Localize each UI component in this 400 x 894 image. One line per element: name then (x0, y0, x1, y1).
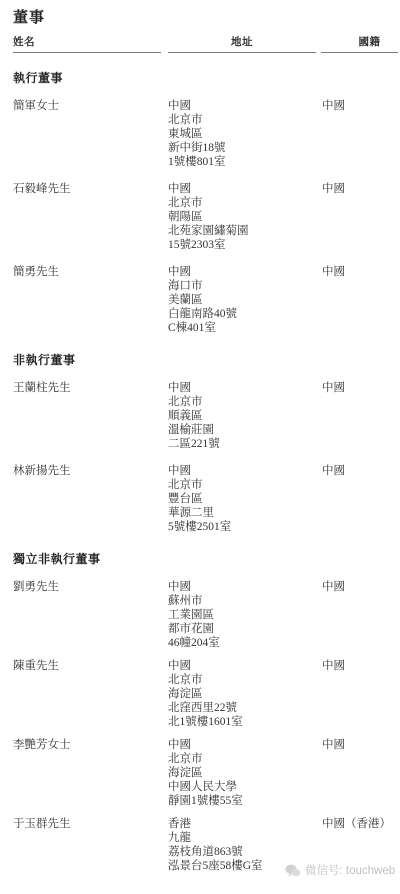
wechat-icon (285, 864, 301, 878)
nationality: 中國 (322, 464, 398, 534)
address-lines: 中國海口市美蘭區白龍南路40號C棟401室 (168, 265, 322, 335)
director-name: 石毅峰先生 (13, 182, 168, 252)
address-line: 順義區 (168, 409, 322, 423)
section-rows: 劉勇先生 中國蘇州市工業園區都市花園46幢204室 中國 陳重先生 中國北京市海… (13, 580, 398, 873)
address-line: 中國 (168, 381, 322, 395)
address-line: 北窪西里22號 (168, 701, 322, 715)
table-header: 姓名 地址 國籍 (13, 36, 398, 53)
nationality: 中國 (322, 738, 398, 808)
address-line: 靜園1號樓55室 (168, 794, 322, 808)
section-rows: 簡軍女士 中國北京市東城區新中街18號1號樓801室 中國 石毅峰先生 中國北京… (13, 99, 398, 335)
address-lines: 中國北京市朝陽區北苑家園繡菊園15號2303室 (168, 182, 322, 252)
section-heading: 獨立非執行董事 (13, 552, 398, 567)
address-lines: 中國北京市海淀區北窪西里22號北1號樓1601室 (168, 659, 322, 729)
nationality: 中國 (322, 659, 398, 729)
nationality: 中國 (322, 580, 398, 650)
address-line: 北京市 (168, 478, 322, 492)
table-row: 林新揚先生 中國北京市豐台區華源二里5號樓2501室 中國 (13, 464, 398, 534)
address-line: 北京市 (168, 113, 322, 127)
section-heading: 非執行董事 (13, 353, 398, 368)
address-line: 都市花園 (168, 622, 322, 636)
address-line: 二區221號 (168, 437, 322, 451)
table-row: 王蘭柱先生 中國北京市順義區溫榆莊園二區221號 中國 (13, 381, 398, 451)
director-section: 獨立非執行董事 劉勇先生 中國蘇州市工業園區都市花園46幢204室 中國 陳重先… (13, 552, 398, 873)
table-body: 執行董事 簡軍女士 中國北京市東城區新中街18號1號樓801室 中國 石毅峰先生… (13, 71, 398, 873)
address-line: 中國 (168, 464, 322, 478)
address-line: 北京市 (168, 673, 322, 687)
address-line: 海淀區 (168, 687, 322, 701)
address-line: 46幢204室 (168, 636, 322, 650)
watermark: 微信号: touchweb (285, 864, 395, 878)
nationality: 中國 (322, 381, 398, 451)
table-row: 陳重先生 中國北京市海淀區北窪西里22號北1號樓1601室 中國 (13, 659, 398, 729)
table-row: 簡軍女士 中國北京市東城區新中街18號1號樓801室 中國 (13, 99, 398, 169)
address-line: 豐台區 (168, 492, 322, 506)
address-line: 溫榆莊園 (168, 423, 322, 437)
address-line: 中國 (168, 659, 322, 673)
nationality: 中國 (322, 182, 398, 252)
address-line: 海口市 (168, 279, 322, 293)
table-row: 李艷芳女士 中國北京市海淀區中國人民大學靜園1號樓55室 中國 (13, 738, 398, 808)
director-name: 李艷芳女士 (13, 738, 168, 808)
address-line: 荔枝角道863號 (168, 845, 322, 859)
address-line: 中國 (168, 265, 322, 279)
col-header-name: 姓名 (13, 36, 161, 53)
address-line: 香港 (168, 817, 322, 831)
director-name: 王蘭柱先生 (13, 381, 168, 451)
address-line: 北京市 (168, 196, 322, 210)
section-heading: 執行董事 (13, 71, 398, 86)
director-name: 于玉群先生 (13, 817, 168, 873)
address-line: 中國 (168, 738, 322, 752)
address-line: 北京市 (168, 752, 322, 766)
address-line: 新中街18號 (168, 141, 322, 155)
address-line: C棟401室 (168, 321, 322, 335)
address-line: 中國 (168, 182, 322, 196)
address-line: 蘇州市 (168, 594, 322, 608)
address-lines: 中國北京市海淀區中國人民大學靜園1號樓55室 (168, 738, 322, 808)
address-line: 九龍 (168, 831, 322, 845)
address-lines: 中國蘇州市工業園區都市花園46幢204室 (168, 580, 322, 650)
table-row: 簡勇先生 中國海口市美蘭區白龍南路40號C棟401室 中國 (13, 265, 398, 335)
watermark-label: 微信号: touchweb (305, 864, 395, 878)
director-section: 執行董事 簡軍女士 中國北京市東城區新中街18號1號樓801室 中國 石毅峰先生… (13, 71, 398, 335)
director-section: 非執行董事 王蘭柱先生 中國北京市順義區溫榆莊園二區221號 中國 林新揚先生 … (13, 353, 398, 534)
director-name: 簡軍女士 (13, 99, 168, 169)
page-title: 董事 (13, 9, 398, 27)
table-row: 石毅峰先生 中國北京市朝陽區北苑家園繡菊園15號2303室 中國 (13, 182, 398, 252)
address-lines: 中國北京市東城區新中街18號1號樓801室 (168, 99, 322, 169)
section-rows: 王蘭柱先生 中國北京市順義區溫榆莊園二區221號 中國 林新揚先生 中國北京市豐… (13, 381, 398, 534)
address-line: 北苑家園繡菊園 (168, 224, 322, 238)
address-line: 中國 (168, 580, 322, 594)
address-line: 海淀區 (168, 766, 322, 780)
address-line: 中國 (168, 99, 322, 113)
director-name: 簡勇先生 (13, 265, 168, 335)
address-lines: 中國北京市豐台區華源二里5號樓2501室 (168, 464, 322, 534)
nationality: 中國 (322, 99, 398, 169)
address-line: 1號樓801室 (168, 155, 322, 169)
address-line: 朝陽區 (168, 210, 322, 224)
address-line: 5號樓2501室 (168, 520, 322, 534)
director-name: 劉勇先生 (13, 580, 168, 650)
address-line: 工業園區 (168, 608, 322, 622)
director-name: 林新揚先生 (13, 464, 168, 534)
director-name: 陳重先生 (13, 659, 168, 729)
address-lines: 中國北京市順義區溫榆莊園二區221號 (168, 381, 322, 451)
col-header-nationality: 國籍 (321, 36, 398, 53)
address-line: 北京市 (168, 395, 322, 409)
address-line: 華源二里 (168, 506, 322, 520)
address-line: 15號2303室 (168, 238, 322, 252)
document-page: 董事 姓名 地址 國籍 執行董事 簡軍女士 中國北京市東城區新中街18號1號樓8… (0, 0, 400, 894)
table-row: 劉勇先生 中國蘇州市工業園區都市花園46幢204室 中國 (13, 580, 398, 650)
address-line: 北1號樓1601室 (168, 715, 322, 729)
address-line: 東城區 (168, 127, 322, 141)
address-line: 美蘭區 (168, 293, 322, 307)
col-header-address: 地址 (168, 36, 316, 53)
nationality: 中國 (322, 265, 398, 335)
address-line: 白龍南路40號 (168, 307, 322, 321)
address-line: 中國人民大學 (168, 780, 322, 794)
